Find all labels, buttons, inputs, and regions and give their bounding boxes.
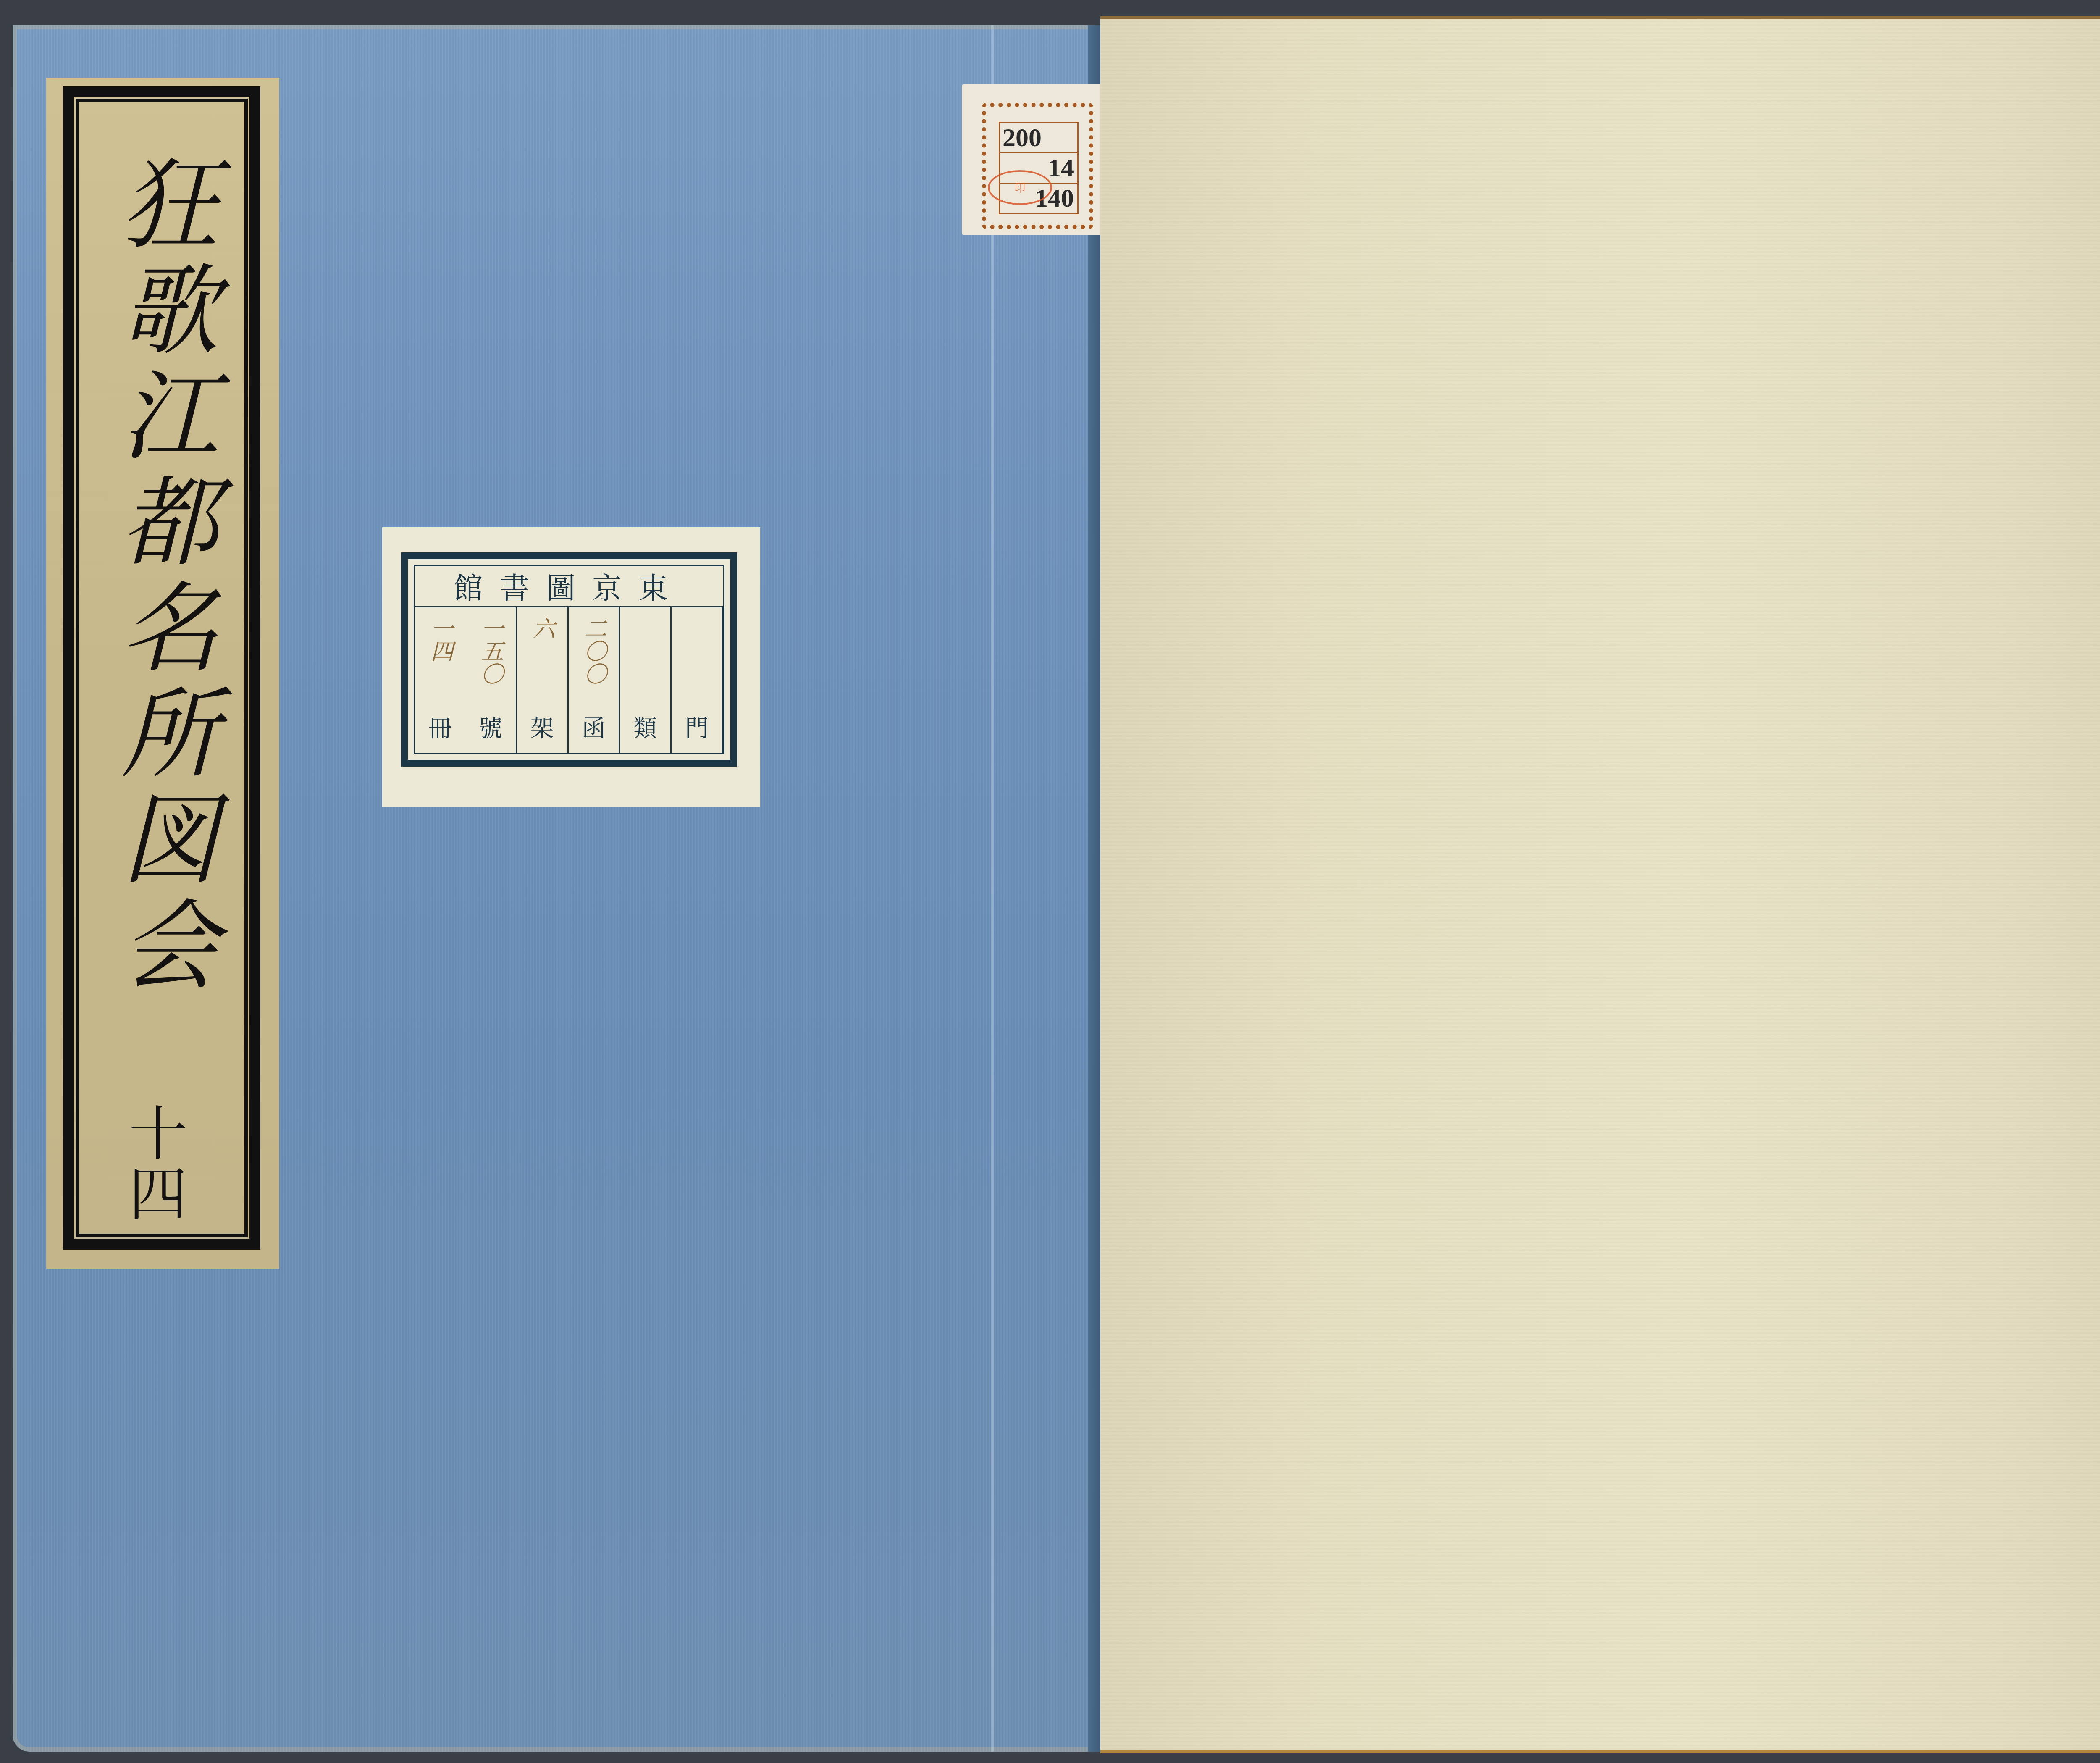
library-name: 東京圖書館 (415, 566, 723, 607)
label-value (672, 617, 722, 701)
label-header: 門 (672, 710, 722, 744)
label-value (620, 617, 670, 701)
cover-fold-line (991, 25, 994, 1752)
red-seal-stamp: 印 (988, 170, 1052, 205)
label-column-ka: 六 架 (517, 607, 569, 753)
library-label-frame: 東京圖書館 門 類 二〇〇 函 (401, 552, 737, 767)
label-column-kan: 二〇〇 函 (569, 607, 620, 753)
library-label-columns: 門 類 二〇〇 函 六 架 (415, 607, 723, 753)
call-number-line: 200 (1000, 123, 1077, 152)
paper-texture (1100, 19, 2100, 1750)
label-header: 號 (465, 710, 516, 744)
front-cover: 狂歌江都名所図会 十四 東京圖書館 門 類 (13, 25, 1100, 1752)
label-value: 一四 (415, 617, 465, 701)
library-label: 東京圖書館 門 類 二〇〇 函 (382, 527, 760, 807)
label-column-mon: 門 (672, 607, 723, 753)
label-header: 冊 (415, 710, 465, 744)
label-value: 二〇〇 (569, 617, 619, 701)
label-column-satsu: 一四 冊 (415, 607, 465, 753)
label-header: 架 (517, 710, 567, 744)
book-title: 狂歌江都名所図会 (109, 153, 214, 1000)
call-number-sticker: 200 14 140 印 (962, 84, 1113, 235)
title-slip: 狂歌江都名所図会 十四 (46, 78, 279, 1269)
label-column-go: 一五〇 號 (465, 607, 517, 753)
book-spread: 狂歌江都名所図会 十四 東京圖書館 門 類 (0, 0, 2100, 1763)
volume-number: 十四 (128, 1103, 195, 1224)
label-value: 六 (517, 617, 567, 701)
label-value: 一五〇 (465, 617, 516, 701)
label-header: 類 (620, 710, 670, 744)
blank-endpaper-page (1100, 16, 2100, 1753)
label-header: 函 (569, 710, 619, 744)
label-column-rui: 類 (620, 607, 672, 753)
